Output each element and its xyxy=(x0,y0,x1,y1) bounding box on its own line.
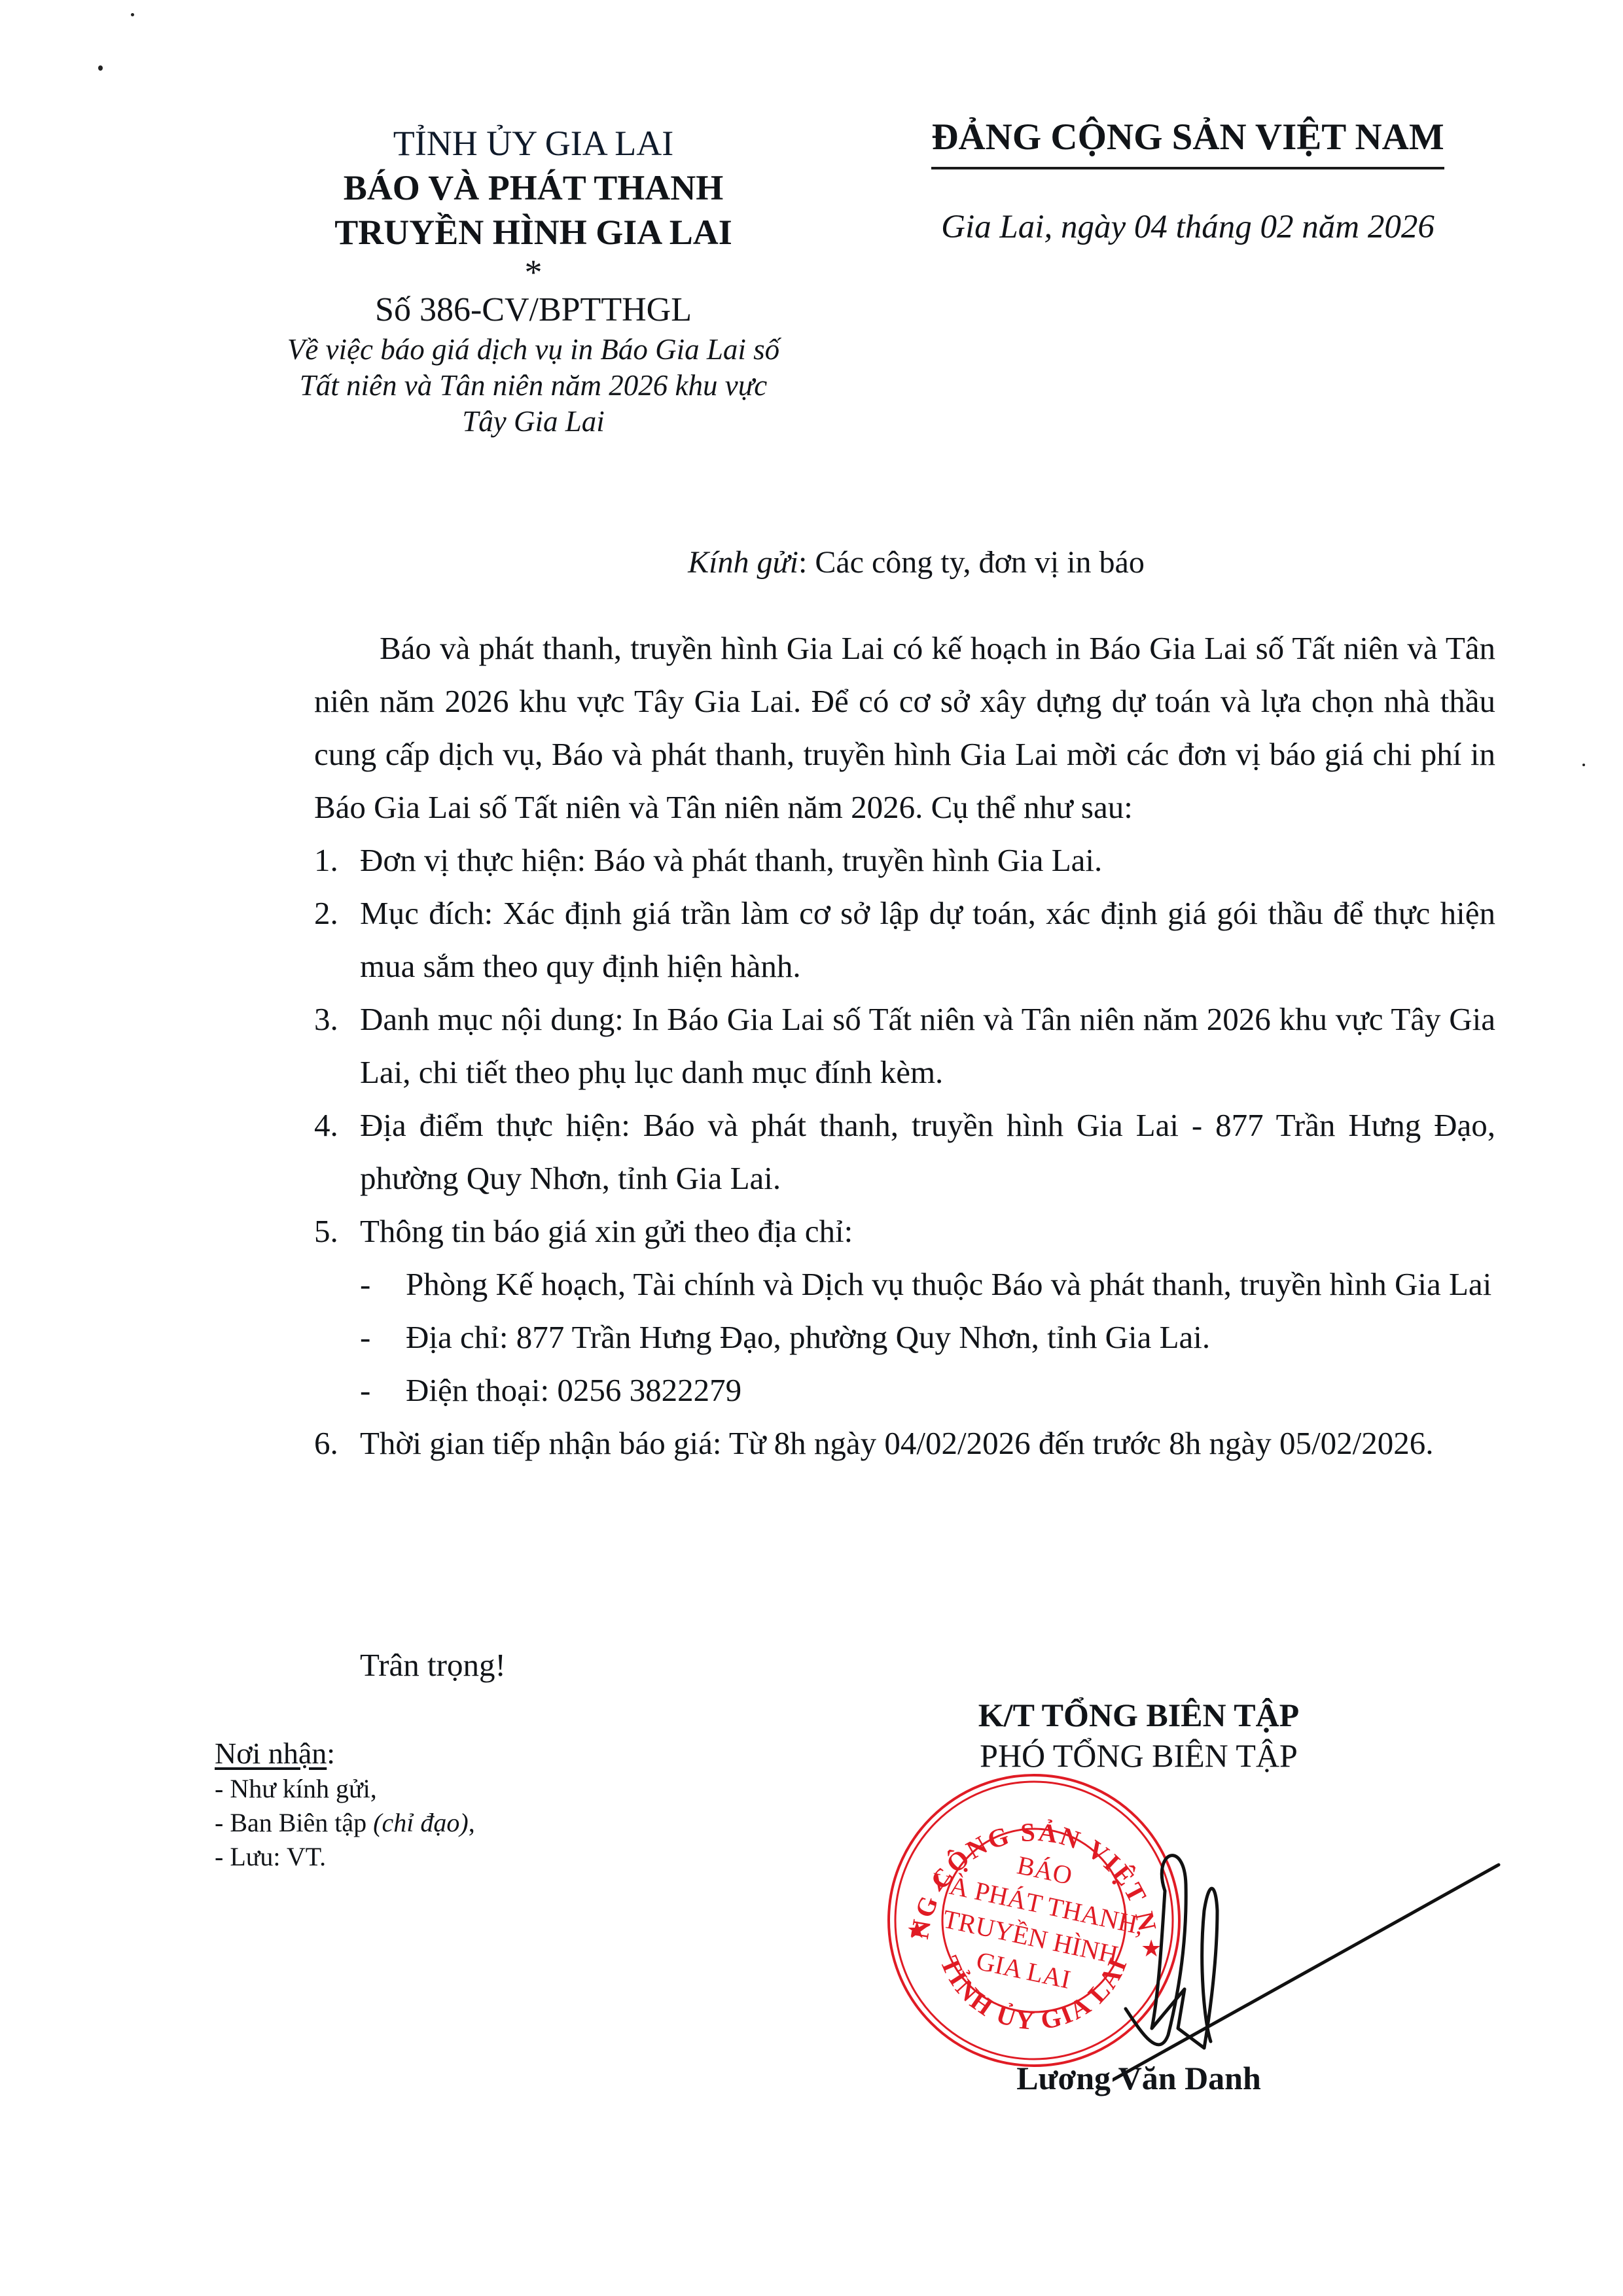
handwritten-signature xyxy=(1113,1812,1518,2087)
list-item: 6. Thời gian tiếp nhận báo giá: Từ 8h ng… xyxy=(314,1417,1495,1470)
national-header: ĐẢNG CỘNG SẢN VIỆT NAM Gia Lai, ngày 04 … xyxy=(877,115,1499,247)
list-item: 1. Đơn vị thực hiện: Báo và phát thanh, … xyxy=(314,834,1495,887)
parent-organization: TỈNH ỦY GIA LAI xyxy=(262,121,805,166)
organization-name-line1: BÁO VÀ PHÁT THANH xyxy=(262,166,805,210)
party-name: ĐẢNG CỘNG SẢN VIỆT NAM xyxy=(931,115,1444,169)
recipient-text: - Ban Biên tập xyxy=(215,1808,373,1837)
document-number: Số 386-CV/BPTTHGL xyxy=(262,289,805,332)
recipient-text: - Như kính gửi, xyxy=(215,1774,377,1803)
addressee: Kính gửi: Các công ty, đơn vị in báo xyxy=(327,543,1505,582)
signer-name: Lương Văn Danh xyxy=(903,2058,1374,2098)
contact-sublist: - Phòng Kế hoạch, Tài chính và Dịch vụ t… xyxy=(360,1258,1495,1417)
issuing-organization-header: TỈNH ỦY GIA LAI BÁO VÀ PHÁT THANH TRUYỀN… xyxy=(262,121,805,440)
intro-paragraph: Báo và phát thanh, truyền hình Gia Lai c… xyxy=(314,622,1495,834)
sublist-dash: - xyxy=(360,1364,370,1417)
list-item: 4. Địa điểm thực hiện: Báo và phát thanh… xyxy=(314,1099,1495,1205)
list-item-text: Đơn vị thực hiện: Báo và phát thanh, tru… xyxy=(360,842,1102,878)
sublist-item-text: Phòng Kế hoạch, Tài chính và Dịch vụ thu… xyxy=(406,1266,1491,1302)
list-item-number: 2. xyxy=(314,887,338,940)
addressee-label: Kính gửi xyxy=(688,545,798,580)
recipients-block: Nơi nhận: - Như kính gửi, - Ban Biên tập… xyxy=(215,1735,475,1874)
sublist-item: - Điện thoại: 0256 3822279 xyxy=(360,1364,1495,1417)
list-item-number: 5. xyxy=(314,1205,338,1258)
list-item: 2. Mục đích: Xác định giá trần làm cơ sở… xyxy=(314,887,1495,993)
list-item: 3. Danh mục nội dung: In Báo Gia Lai số … xyxy=(314,993,1495,1099)
recipient-item: - Ban Biên tập (chỉ đạo), xyxy=(215,1806,475,1840)
recipients-title: Nơi nhận xyxy=(215,1737,327,1770)
document-body: Báo và phát thanh, truyền hình Gia Lai c… xyxy=(314,622,1495,1470)
recipient-item: - Lưu: VT. xyxy=(215,1840,475,1874)
recipients-heading: Nơi nhận: xyxy=(215,1735,475,1772)
recipient-suffix: , xyxy=(469,1808,475,1837)
addressee-value: : Các công ty, đơn vị in báo xyxy=(798,545,1145,580)
sublist-dash: - xyxy=(360,1311,370,1364)
sublist-dash: - xyxy=(360,1258,370,1311)
recipient-item: - Như kính gửi, xyxy=(215,1772,475,1806)
sublist-item: - Địa chỉ: 877 Trần Hưng Đạo, phường Quy… xyxy=(360,1311,1495,1364)
scan-speck xyxy=(98,65,103,71)
organization-name-line2: TRUYỀN HÌNH GIA LAI xyxy=(262,210,805,255)
sublist-item-text: Điện thoại: 0256 3822279 xyxy=(406,1372,741,1408)
signature-block: K/T TỔNG BIÊN TẬP PHÓ TỔNG BIÊN TẬP xyxy=(903,1695,1374,1776)
list-item-number: 3. xyxy=(314,993,338,1046)
list-item-number: 1. xyxy=(314,834,338,887)
scan-speck xyxy=(131,13,134,16)
closing-greeting: Trân trọng! xyxy=(360,1646,506,1685)
recipient-text: - Lưu: VT. xyxy=(215,1842,326,1871)
sublist-item-text: Địa chỉ: 877 Trần Hưng Đạo, phường Quy N… xyxy=(406,1319,1210,1355)
list-item-text: Mục đích: Xác định giá trần làm cơ sở lậ… xyxy=(360,895,1495,984)
list-item-text: Danh mục nội dung: In Báo Gia Lai số Tất… xyxy=(360,1001,1495,1090)
list-item-text: Thông tin báo giá xin gửi theo địa chỉ: xyxy=(360,1213,853,1249)
list-item-number: 4. xyxy=(314,1099,338,1152)
list-item-number: 6. xyxy=(314,1417,338,1470)
numbered-list: 1. Đơn vị thực hiện: Báo và phát thanh, … xyxy=(314,834,1495,1470)
list-item-text: Địa điểm thực hiện: Báo và phát thanh, t… xyxy=(360,1107,1495,1196)
scan-speck xyxy=(1582,764,1585,766)
signing-authority: K/T TỔNG BIÊN TẬP xyxy=(903,1695,1374,1735)
recipients-title-colon: : xyxy=(327,1737,335,1770)
document-subject: Về việc báo giá dịch vụ in Báo Gia Lai s… xyxy=(262,332,805,440)
list-item: 5. Thông tin báo giá xin gửi theo địa ch… xyxy=(314,1205,1495,1417)
sublist-item: - Phòng Kế hoạch, Tài chính và Dịch vụ t… xyxy=(360,1258,1495,1311)
svg-text:BÁO: BÁO xyxy=(1014,1850,1075,1890)
star-icon: ★ xyxy=(906,1917,927,1944)
recipient-note: (chỉ đạo) xyxy=(373,1808,469,1837)
list-item-text: Thời gian tiếp nhận báo giá: Từ 8h ngày … xyxy=(360,1425,1433,1461)
header-separator: * xyxy=(262,256,805,289)
place-and-date: Gia Lai, ngày 04 tháng 02 năm 2026 xyxy=(877,207,1499,247)
